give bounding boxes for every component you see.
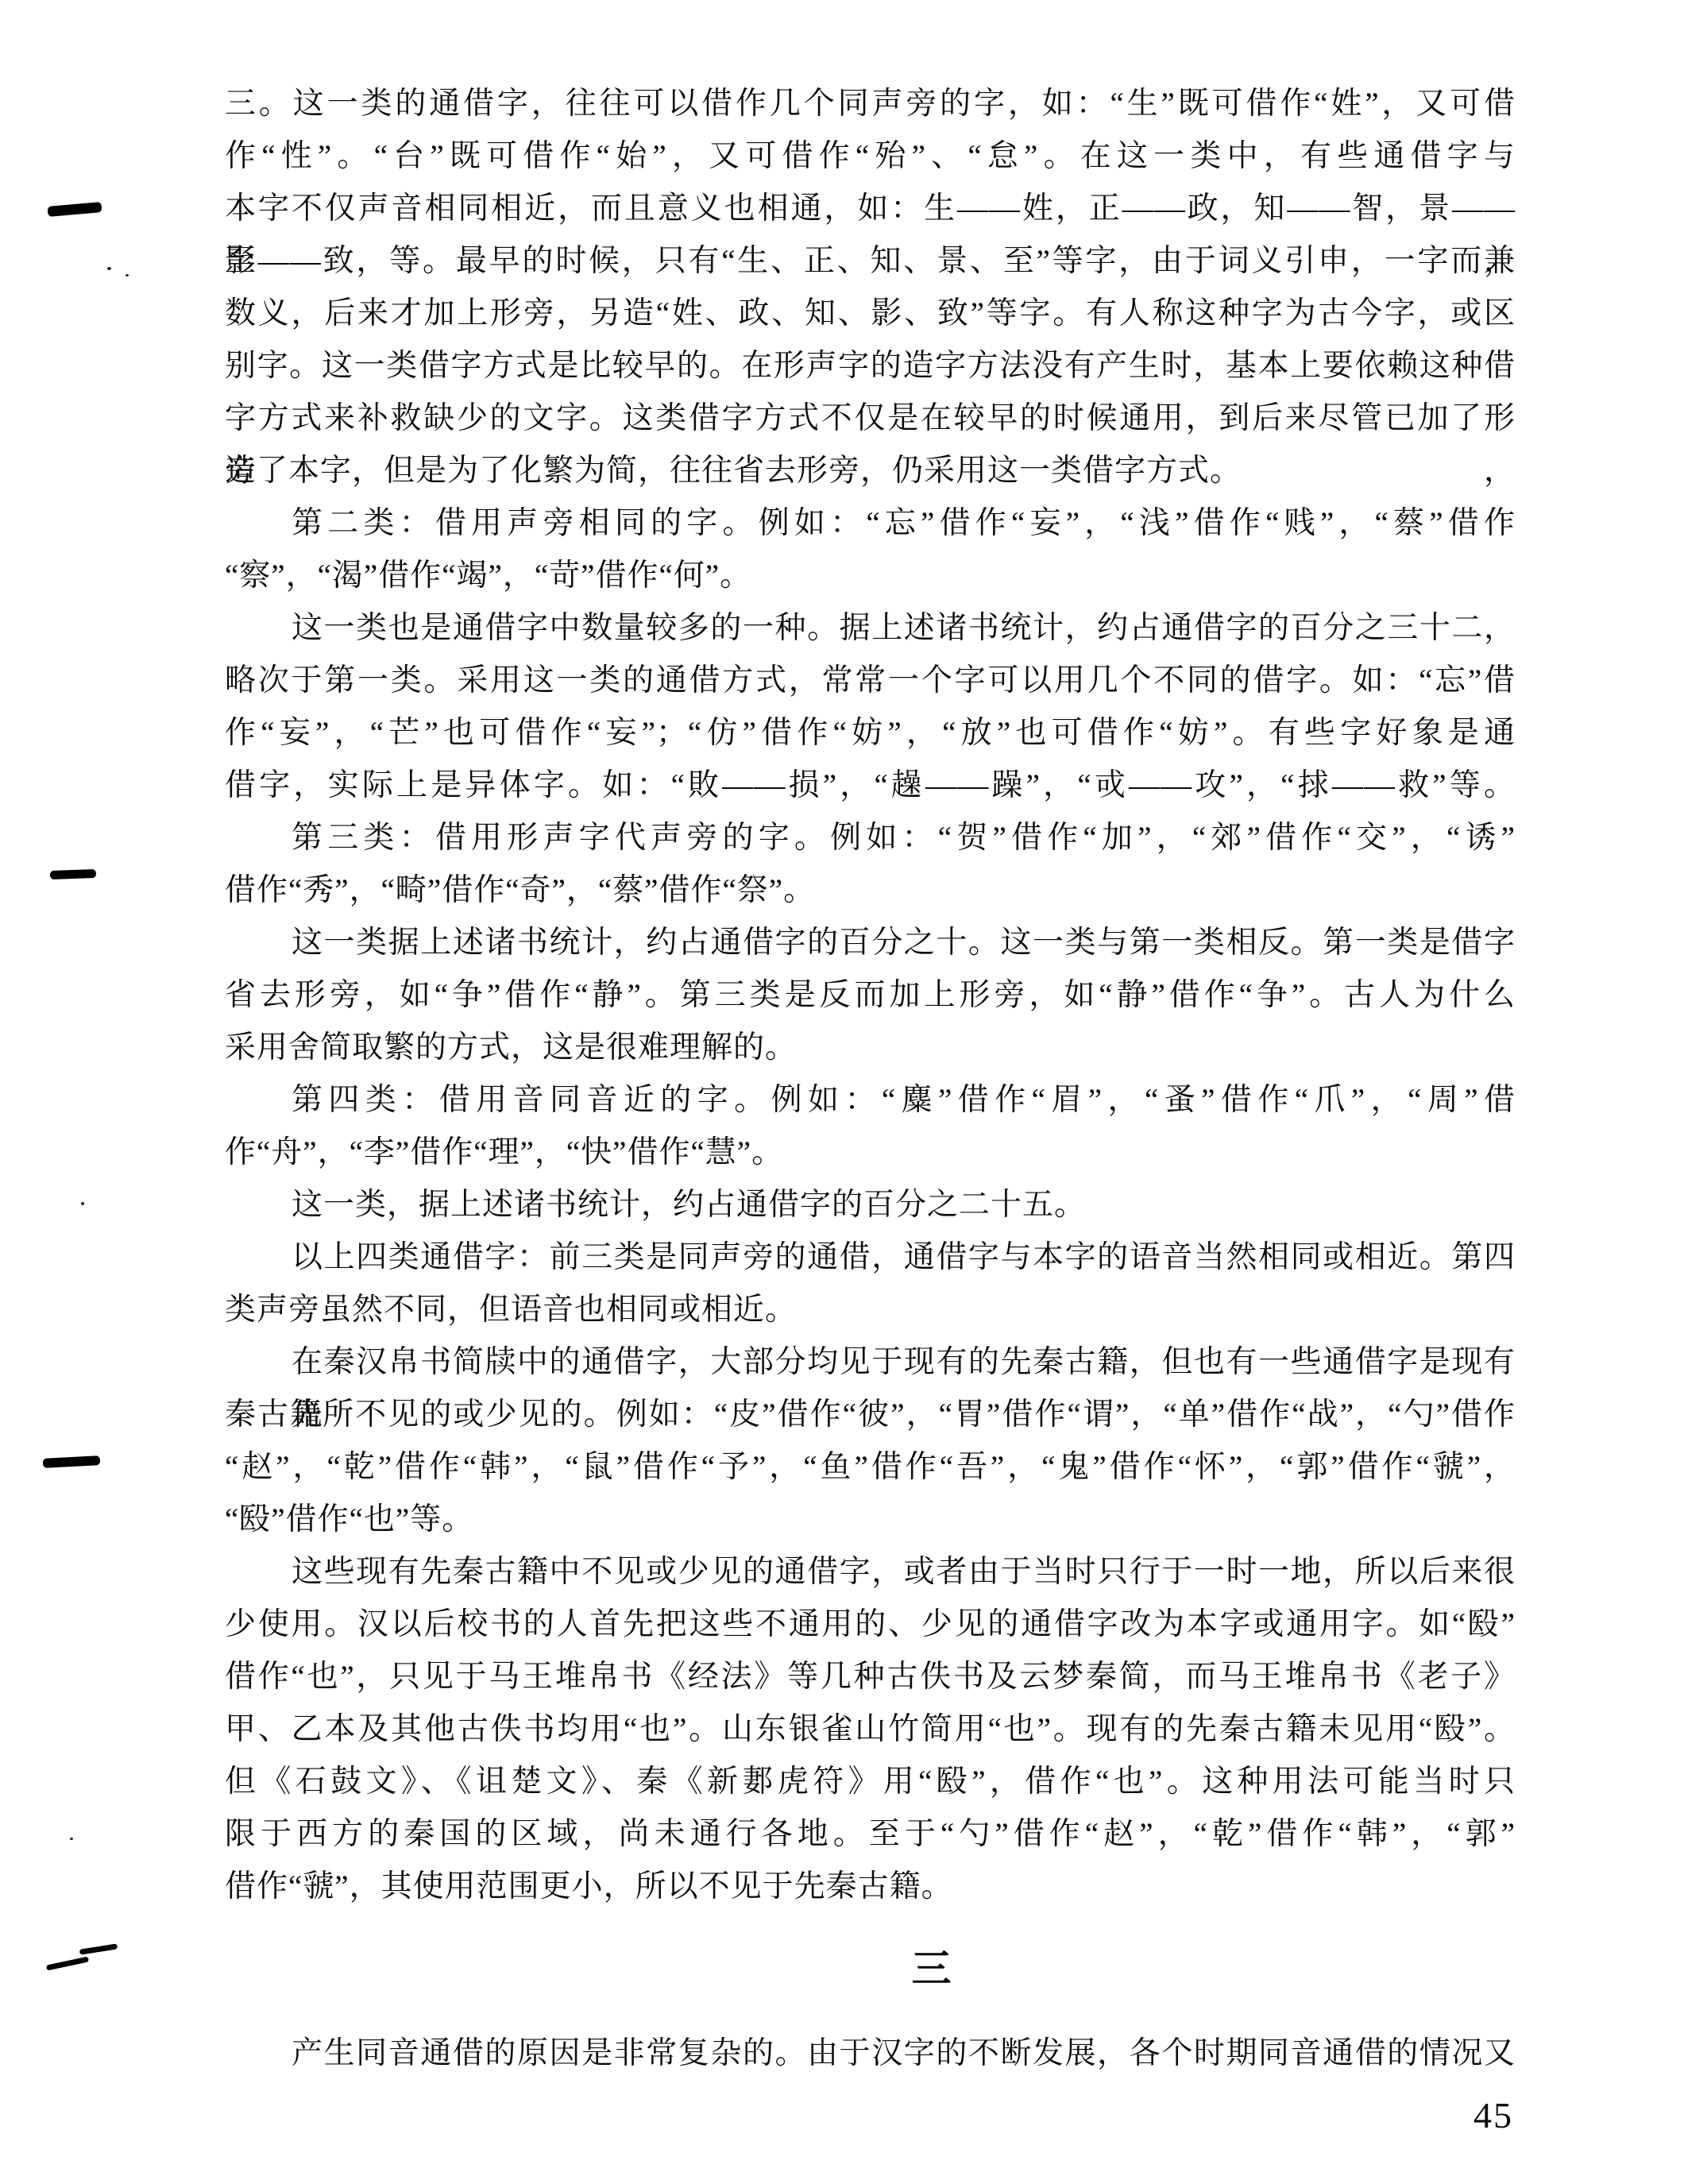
text-line: 至——致，等。最早的时候，只有“生、正、知、景、至”等字，由于词义引申，一字而兼 bbox=[225, 235, 1516, 288]
text-line: 少使用。汉以后校书的人首先把这些不通用的、少见的通借字改为本字或通用字。如“殹” bbox=[225, 1598, 1516, 1651]
margin-ink-mark bbox=[48, 202, 102, 217]
text-line: 在秦汉帛书简牍中的通借字，大部分均见于现有的先秦古籍，但也有一些通借字是现有先 bbox=[225, 1336, 1516, 1389]
section-opening-line: 产生同音通借的原因是非常复杂的。由于汉字的不断发展，各个时期同音通借的情况又 bbox=[225, 2027, 1516, 2080]
section-heading: 三 bbox=[287, 1937, 1578, 1994]
scan-speck bbox=[81, 1202, 84, 1205]
scan-speck bbox=[107, 267, 111, 270]
text-line: 第三类：借用形声字代声旁的字。例如：“贺”借作“加”，“郊”借作“交”，“诱” bbox=[225, 812, 1516, 864]
text-line: 以上四类通借字：前三类是同声旁的通借，通借字与本字的语音当然相同或相近。第四 bbox=[225, 1231, 1516, 1284]
text-line: 借作“秀”，“畸”借作“奇”，“蔡”借作“祭”。 bbox=[225, 864, 1516, 917]
text-line: 这一类也是通借字中数量较多的一种。据上述诸书统计，约占通借字的百分之三十二， bbox=[225, 602, 1516, 655]
text-line: “赵”，“乾”借作“韩”，“鼠”借作“予”，“鱼”借作“吾”，“鬼”借作“怀”，… bbox=[225, 1441, 1516, 1494]
text-line: 借作“虢”，其使用范围更小，所以不见于先秦古籍。 bbox=[225, 1861, 1516, 1913]
text-line: 这一类，据上述诸书统计，约占通借字的百分之二十五。 bbox=[225, 1179, 1516, 1231]
scanned-book-page: 三。这一类的通借字，往往可以借作几个同声旁的字，如：“生”既可借作“姓”，又可借… bbox=[0, 0, 1684, 2184]
text-line: 省去形旁，如“争”借作“静”。第三类是反而加上形旁，如“静”借作“争”。古人为什… bbox=[225, 969, 1516, 1022]
text-line: 借字，实际上是异体字。如：“敗——损”，“趮——躁”，“戓——攻”，“捄——救”… bbox=[225, 760, 1516, 812]
page-number: 45 bbox=[1473, 2094, 1513, 2136]
text-line: 类声旁虽然不同，但语音也相同或相近。 bbox=[225, 1284, 1516, 1336]
text-line: 数义，后来才加上形旁，另造“姓、政、知、影、致”等字。有人称这种字为古今字，或区 bbox=[225, 288, 1516, 340]
text-line: 但《石鼓文》、《诅楚文》、秦《新郪虎符》用“殹”，借作“也”。这种用法可能当时只 bbox=[225, 1756, 1516, 1808]
text-line: 这些现有先秦古籍中不见或少见的通借字，或者由于当时只行于一时一地，所以后来很 bbox=[225, 1546, 1516, 1598]
text-line: 别字。这一类借字方式是比较早的。在形声字的造字方法没有产生时，基本上要依赖这种借 bbox=[225, 340, 1516, 392]
text-line: 秦古籍所不见的或少见的。例如：“皮”借作“彼”，“胃”借作“谓”，“单”借作“战… bbox=[225, 1389, 1516, 1441]
text-column: 三。这一类的通借字，往往可以借作几个同声旁的字，如：“生”既可借作“姓”，又可借… bbox=[225, 78, 1516, 1913]
text-line: 三。这一类的通借字，往往可以借作几个同声旁的字，如：“生”既可借作“姓”，又可借 bbox=[225, 78, 1516, 130]
scan-speck bbox=[70, 1838, 73, 1840]
text-line: 采用舍简取繁的方式，这是很难理解的。 bbox=[225, 1022, 1516, 1074]
text-line: 作“妄”，“芒”也可借作“妄”；“仿”借作“妨”，“放”也可借作“妨”。有些字好… bbox=[225, 707, 1516, 760]
text-line: 这一类据上述诸书统计，约占通借字的百分之十。这一类与第一类相反。第一类是借字 bbox=[225, 917, 1516, 969]
margin-pencil-scribble bbox=[79, 1943, 118, 1954]
text-line: 借作“也”，只见于马王堆帛书《经法》等几种古佚书及云梦秦简，而马王堆帛书《老子》 bbox=[225, 1651, 1516, 1703]
text-line: “察”，“渴”借作“竭”，“苛”借作“何”。 bbox=[225, 550, 1516, 602]
text-line: 限于西方的秦国的区域，尚未通行各地。至于“勺”借作“赵”，“乾”借作“韩”，“郭… bbox=[225, 1808, 1516, 1861]
text-line: 第二类：借用声旁相同的字。例如：“忘”借作“妄”，“浅”借作“贱”，“蔡”借作 bbox=[225, 497, 1516, 550]
text-line: 作“舟”，“李”借作“理”，“快”借作“慧”。 bbox=[225, 1127, 1516, 1179]
text-line: 本字不仅声音相同相近，而且意义也相通，如：生——姓，正——政，知——智，景——影… bbox=[225, 183, 1516, 235]
margin-pencil-scribble bbox=[46, 1956, 89, 1970]
text-line: “殹”借作“也”等。 bbox=[225, 1494, 1516, 1546]
margin-ink-mark bbox=[50, 869, 96, 879]
text-line: 作“性”。“台”既可借作“始”，又可借作“殆”、“怠”。在这一类中，有些通借字与 bbox=[225, 130, 1516, 183]
text-line: 甲、乙本及其他古佚书均用“也”。山东银雀山竹简用“也”。现有的先秦古籍未见用“殹… bbox=[225, 1703, 1516, 1756]
scan-speck bbox=[126, 274, 129, 276]
margin-ink-mark bbox=[43, 1455, 101, 1468]
text-line: 字方式来补救缺少的文字。这类借字方式不仅是在较早的时候通用，到后来尽管已加了形旁… bbox=[225, 392, 1516, 445]
text-line: 略次于第一类。采用这一类的通借方式，常常一个字可以用几个不同的借字。如：“忘”借 bbox=[225, 655, 1516, 707]
text-line: 第四类：借用音同音近的字。例如：“麋”借作“眉”，“蚤”借作“爪”，“周”借 bbox=[225, 1074, 1516, 1127]
